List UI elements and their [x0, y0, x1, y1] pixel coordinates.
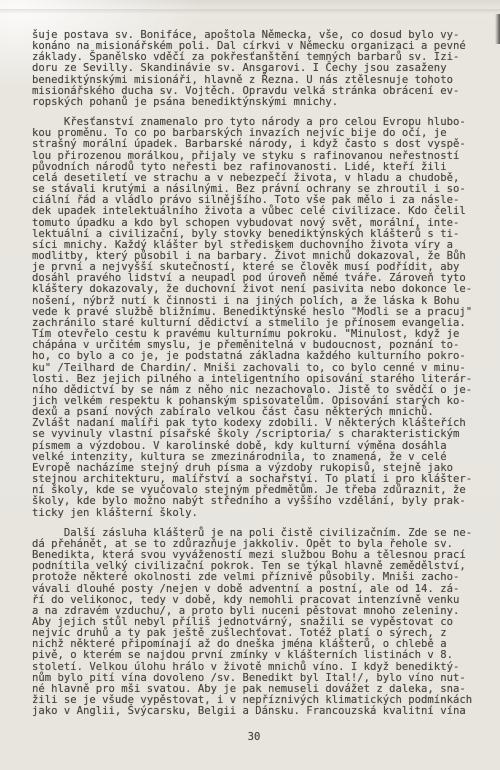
- text-line: kláštery dokazovaly, že duchovní život n…: [32, 284, 484, 295]
- text-line: strašný morální úpadek. Barbarské národy…: [32, 139, 484, 150]
- scanned-page: šuje postava sv. Bonifáce, apoštola Něme…: [0, 0, 500, 770]
- scan-shadow-band: [0, 9, 500, 14]
- text-line: jako v Anglii, Švýcarsku, Belgii a Dánsk…: [32, 706, 484, 717]
- text-line: ku" /Teilhard de Chardin/. Mniši zachova…: [32, 363, 484, 374]
- text-line: pivě, o kterém se najdou první zmínky v …: [32, 650, 484, 661]
- paragraph: Křesťanství znamenalo pro tyto národy a …: [32, 117, 484, 519]
- scan-edge-artifact: [495, 14, 500, 44]
- document-text: šuje postava sv. Bonifáce, apoštola Něme…: [32, 30, 484, 726]
- text-line: protože některé okolnosti zde velmi příz…: [32, 572, 484, 583]
- text-line: doru ze Sevilly. Skandinávie sv. Ansgaro…: [32, 63, 484, 74]
- text-line: ropských pohanů je psána benediktýnskými…: [32, 97, 484, 108]
- page-number: 30: [32, 731, 476, 743]
- text-line: tomuto úpadku a kdo byl schopen vybudova…: [32, 218, 484, 229]
- text-line: ho, co bylo a co je, je podstatná základ…: [32, 351, 484, 362]
- text-line: školy, kde bylo možno nabýt středního a …: [32, 496, 484, 507]
- text-line: ticky jen klášterní školy.: [32, 508, 484, 519]
- paragraph: šuje postava sv. Bonifáce, apoštola Něme…: [32, 30, 484, 108]
- text-line: vávali dlouhé posty /nejen v době advent…: [32, 584, 484, 595]
- paragraph: Další zásluha klášterů je na poli čistě …: [32, 528, 484, 718]
- text-line: dek upadek intelektuálního života a vůbe…: [32, 206, 484, 217]
- text-line: se vyvinuly vlastní písařské školy /scri…: [32, 429, 484, 440]
